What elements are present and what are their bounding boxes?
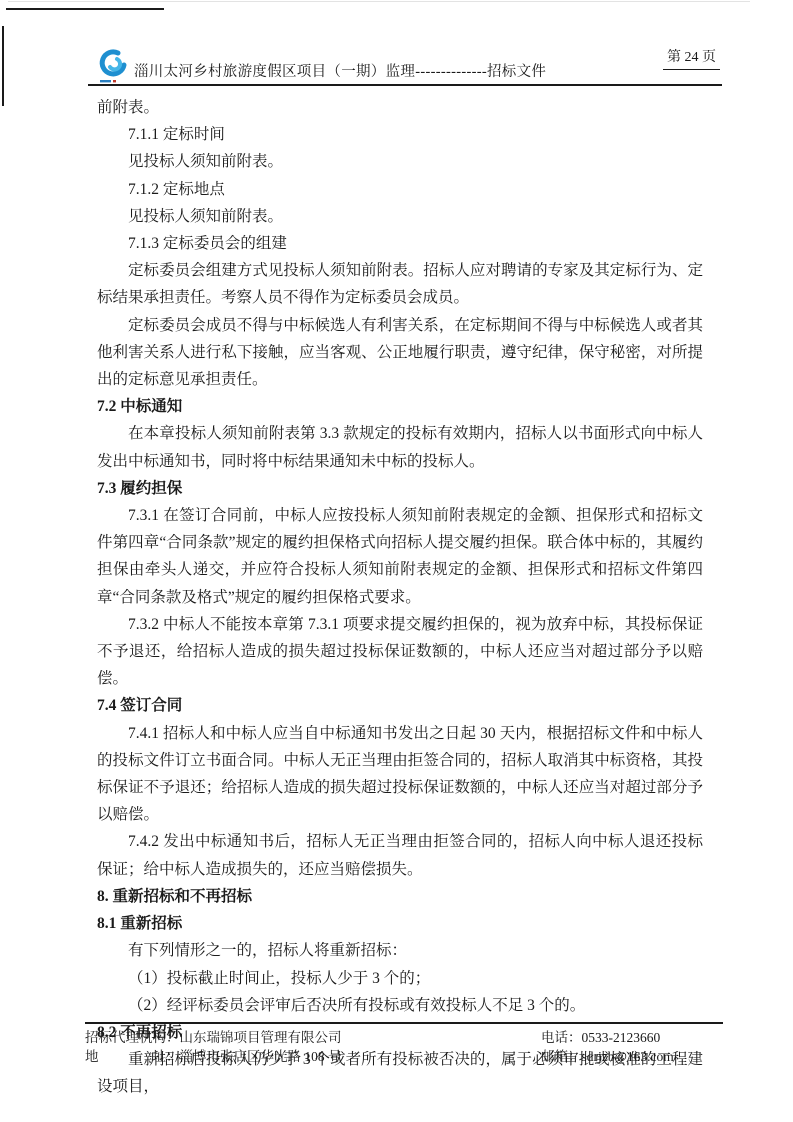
page-number: 第 24 页 xyxy=(663,46,720,70)
phone-label: 电话： xyxy=(541,1030,582,1045)
doc-clause: 7.1.3 定标委员会的组建 xyxy=(97,230,703,257)
footer-row: 地 址：淄博市张店区华光路 108 号 邮箱：sdrjzb@163.com xyxy=(85,1048,723,1067)
doc-paragraph: 有下列情形之一的，招标人将重新招标： xyxy=(97,937,703,964)
scan-artifact-line xyxy=(2,26,4,106)
email-value: sdrjzb@163.com xyxy=(582,1049,674,1064)
doc-paragraph: 7.3.1 在签订合同前，中标人应按投标人须知前附表规定的金额、担保形式和招标文… xyxy=(97,502,703,611)
doc-clause: 7.1.2 定标地点 xyxy=(97,176,703,203)
address-label: 地 址： xyxy=(85,1049,180,1064)
company-logo-icon xyxy=(96,48,128,84)
page-header: 淄川太河乡村旅游度假区项目（一期）监理--------------招标文件 第 … xyxy=(88,46,722,86)
section-heading: 7.3 履约担保 xyxy=(97,475,703,502)
doc-paragraph: 7.4.1 招标人和中标人应当自中标通知书发出之日起 30 天内，根据招标文件和… xyxy=(97,720,703,829)
doc-clause: 7.1.1 定标时间 xyxy=(97,121,703,148)
doc-list-item: （2）经评标委员会评审后否决所有投标或有效投标人不足 3 个的。 xyxy=(97,992,703,1019)
address-line: 地 址：淄博市张店区华光路 108 号 xyxy=(85,1048,342,1067)
section-heading: 8.1 重新招标 xyxy=(97,910,703,937)
agency-label: 招标代理机构： xyxy=(85,1030,180,1045)
doc-paragraph: 7.3.2 中标人不能按本章第 7.3.1 项要求提交履约担保的，视为放弃中标，… xyxy=(97,611,703,693)
email-line: 邮箱：sdrjzb@163.com xyxy=(541,1048,723,1067)
doc-paragraph: 前附表。 xyxy=(97,94,703,121)
doc-paragraph: 定标委员会组建方式见投标人须知前附表。招标人应对聘请的专家及其定标行为、定标结果… xyxy=(97,257,703,311)
document-page: 淄川太河乡村旅游度假区项目（一期）监理--------------招标文件 第 … xyxy=(0,0,793,1122)
email-label: 邮箱： xyxy=(541,1049,582,1064)
document-body: 前附表。 7.1.1 定标时间 见投标人须知前附表。 7.1.2 定标地点 见投… xyxy=(97,94,703,1101)
agency-line: 招标代理机构：山东瑞锦项目管理有限公司 xyxy=(85,1029,342,1048)
doc-paragraph: 7.4.2 发出中标通知书后，招标人无正当理由拒签合同的，招标人向中标人退还投标… xyxy=(97,828,703,882)
section-heading: 7.4 签订合同 xyxy=(97,692,703,719)
section-heading: 7.2 中标通知 xyxy=(97,393,703,420)
doc-paragraph: 见投标人须知前附表。 xyxy=(97,203,703,230)
agency-name: 山东瑞锦项目管理有限公司 xyxy=(180,1030,342,1045)
phone-number: 0533-2123660 xyxy=(582,1030,661,1045)
scan-artifact-line xyxy=(6,8,164,10)
document-title: 淄川太河乡村旅游度假区项目（一期）监理--------------招标文件 xyxy=(134,60,546,81)
footer-row: 招标代理机构：山东瑞锦项目管理有限公司 电话：0533-2123660 xyxy=(85,1029,723,1048)
section-heading: 8. 重新招标和不再招标 xyxy=(97,883,703,910)
scan-artifact-line xyxy=(8,1,750,2)
address-value: 淄博市张店区华光路 108 号 xyxy=(180,1049,342,1064)
doc-list-item: （1）投标截止时间止，投标人少于 3 个的； xyxy=(97,965,703,992)
page-footer: 招标代理机构：山东瑞锦项目管理有限公司 电话：0533-2123660 地 址：… xyxy=(85,1022,723,1066)
doc-paragraph: 在本章投标人须知前附表第 3.3 款规定的投标有效期内，招标人以书面形式向中标人… xyxy=(97,420,703,474)
doc-paragraph: 见投标人须知前附表。 xyxy=(97,148,703,175)
doc-paragraph: 定标委员会成员不得与中标候选人有利害关系，在定标期间不得与中标候选人或者其他利害… xyxy=(97,312,703,394)
phone-line: 电话：0533-2123660 xyxy=(541,1029,723,1048)
